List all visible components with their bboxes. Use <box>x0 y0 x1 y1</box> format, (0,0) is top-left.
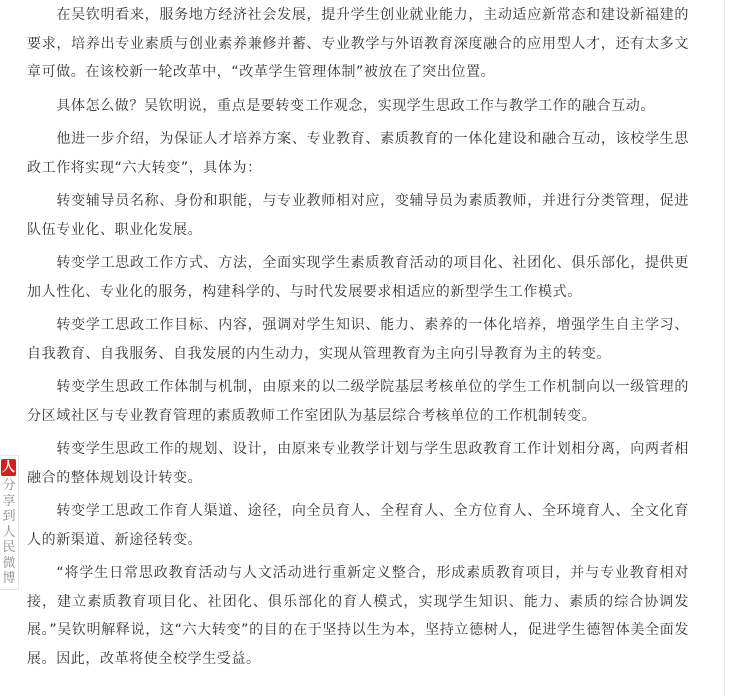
article-paragraph: 转变学生思政工作体制与机制，由原来的以二级学院基层考核单位的学生工作机制向以一级… <box>27 373 689 430</box>
article-paragraph: 他进一步介绍，为保证人才培养方案、专业教育、素质教育的一体化建设和融合互动，该校… <box>27 125 689 182</box>
article-paragraph: 在吴钦明看来，服务地方经济社会发展，提升学生创业就业能力，主动适应新常态和建设新… <box>27 1 689 87</box>
article-paragraph: 具体怎么做？吴钦明说，重点是要转变工作观念，实现学生思政工作与教学工作的融合互动… <box>27 92 689 121</box>
article-paragraph: 转变学工思政工作育人渠道、途径，向全员育人、全程育人、全方位育人、全环境育人、全… <box>27 497 689 554</box>
article-paragraph: 转变辅导员名称、身份和职能，与专业教师相对应，变辅导员为素质教师，并进行分类管理… <box>27 187 689 244</box>
article-paragraph: 转变学工思政工作方式、方法，全面实现学生素质教育活动的项目化、社团化、俱乐部化，… <box>27 249 689 306</box>
article-paragraph: 转变学生思政工作的规划、设计，由原来专业教学计划与学生思政教育工作计划相分离，向… <box>27 435 689 492</box>
share-label: 分享到人民微博 <box>2 478 16 587</box>
article-body: 在吴钦明看来，服务地方经济社会发展，提升学生创业就业能力，主动适应新常态和建设新… <box>27 1 689 678</box>
article-paragraph: “将学生日常思政教育活动与人文活动进行重新定义整合，形成素质教育项目，并与专业教… <box>27 559 689 673</box>
article-paragraph: 转变学工思政工作目标、内容，强调对学生知识、能力、素养的一体化培养，增强学生自主… <box>27 311 689 368</box>
people-weibo-logo-icon: 人 <box>1 459 16 476</box>
column-divider <box>724 0 725 696</box>
share-to-people-weibo-button[interactable]: 人 分享到人民微博 <box>0 455 19 590</box>
